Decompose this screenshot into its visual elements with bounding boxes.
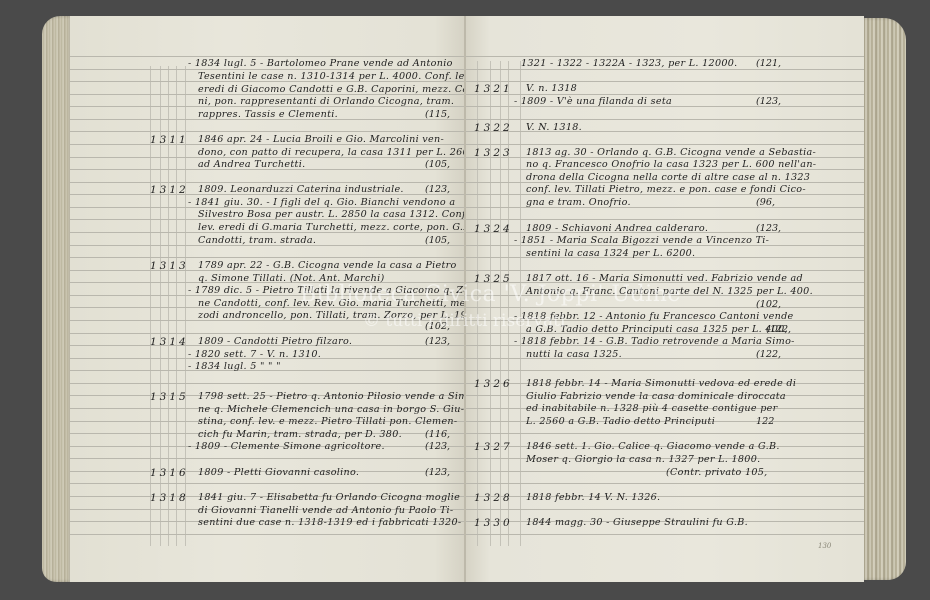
reference-number: (123,: [425, 336, 450, 347]
reference-number: (121,: [756, 58, 781, 69]
reference-number: (123,: [425, 184, 450, 195]
entry-line: dono, con patto di recupera, la casa 131…: [198, 147, 466, 160]
reference-number: (123,: [425, 441, 450, 452]
entry-line: 1841 giu. 7 - Elisabetta fu Orlando Cico…: [198, 492, 460, 505]
house-number: 1323: [474, 147, 513, 159]
entry-line: Antonio q. Franc. Cantoni parte del N. 1…: [526, 286, 813, 299]
entry-line: cich fu Marin, tram. strada, per D. 380.: [198, 429, 402, 442]
entry-line: Tesentini le case n. 1310-1314 per L. 40…: [198, 71, 466, 84]
reference-number: (96,: [756, 197, 775, 208]
entry-line: 1817 ott. 16 - Maria Simonutti ved. Fabr…: [526, 273, 803, 286]
reference-number: (122,: [766, 324, 791, 335]
reference-number: (102,: [425, 321, 450, 332]
entry-line: - 1818 febbr. 12 - Antonio fu Francesco …: [514, 311, 794, 324]
house-number: 1315: [150, 391, 189, 403]
house-number: 1322: [474, 122, 513, 134]
entry-line: 1846 sett. 1. Gio. Calice q. Giacomo ven…: [526, 441, 780, 454]
entry-line: - 1809 - Clemente Simone agricoltore.: [188, 441, 385, 454]
right-page: 1321 - 1322 - 1322A - 1323, per L. 12000…: [466, 16, 864, 582]
reference-number: (122,: [756, 349, 781, 360]
entry-line: stina, conf. lev. e mezz. Pietro Tillati…: [198, 416, 457, 429]
entry-line: a G.B. Tadio detto Principuti casa 1325 …: [526, 324, 788, 337]
entry-line: - 1809 - V'è una filanda di seta: [514, 96, 672, 109]
house-number: 1314: [150, 336, 189, 348]
house-number: 1327: [474, 441, 513, 453]
house-number: 1328: [474, 492, 513, 504]
reference-number: (123,: [425, 467, 450, 478]
entry-line: - 1834 lugl. 5 " " ": [188, 361, 281, 374]
reference-number: (105,: [425, 159, 450, 170]
entry-line: ad Andrea Turchetti.: [198, 159, 305, 172]
reference-number: (116,: [425, 429, 450, 440]
entry-line: 1789 apr. 22 - G.B. Cicogna vende la cas…: [198, 260, 457, 273]
reference-number: (105,: [425, 235, 450, 246]
entry-line: rappres. Tassis e Clementi.: [198, 109, 338, 122]
right-page-edges: [862, 18, 906, 580]
entry-line: no q. Francesco Onofrio la casa 1323 per…: [526, 159, 816, 172]
entry-line: Moser q. Giorgio la casa n. 1327 per L. …: [526, 454, 760, 467]
house-number: 1312: [150, 184, 189, 196]
house-number: 1318: [150, 492, 189, 504]
house-number: 1311: [150, 134, 189, 146]
left-page: - 1834 lugl. 5 - Bartolomeo Prane vende …: [70, 16, 466, 582]
entry-line: - 1789 dic. 5 - Pietro Tillati la rivend…: [188, 285, 466, 298]
entry-line: eredi di Giacomo Candotti e G.B. Caporin…: [198, 84, 466, 97]
entry-line: V. N. 1318.: [526, 122, 582, 135]
entry-line: 1846 apr. 24 - Lucia Broili e Gio. Marco…: [198, 134, 444, 147]
entry-line: L. 2560 a G.B. Tadio detto Principuti: [526, 416, 715, 429]
entry-line: 1844 magg. 30 - Giuseppe Straulini fu G.…: [526, 517, 748, 530]
entry-line: - 1818 febbr. 14 - G.B. Tadio retrovende…: [514, 336, 795, 349]
house-number: 1316: [150, 467, 189, 479]
reference-number: 122: [756, 416, 774, 427]
reference-number: (123,: [756, 223, 781, 234]
entry-line: Giulio Fabrizio vende la casa dominicale…: [526, 391, 786, 404]
entry-line: di Giovanni Tianelli vende ad Antonio fu…: [198, 505, 453, 518]
entry-line: 1818 febbr. 14 - Maria Simonutti vedova …: [526, 378, 796, 391]
entry-line: 1809 - Schiavoni Andrea calderaro.: [526, 223, 708, 236]
entry-line: conf. lev. Tillati Pietro, mezz. e pon. …: [526, 184, 806, 197]
reference-number: (102,: [756, 299, 781, 310]
entry-line: 1809 - Candotti Pietro filzaro.: [198, 336, 352, 349]
page-number: 130: [818, 542, 831, 550]
entry-line: sentini due case n. 1318-1319 ed i fabbr…: [198, 517, 461, 530]
left-page-edges: [42, 16, 72, 582]
entry-line: (Contr. privato 105,: [666, 467, 768, 480]
open-ledger-book: - 1834 lugl. 5 - Bartolomeo Prane vende …: [0, 0, 930, 600]
entry-line: ne q. Michele Clemencich una casa in bor…: [198, 404, 464, 417]
entry-line: - 1841 giu. 30. - I figli del q. Gio. Bi…: [188, 197, 455, 210]
house-number: 1325: [474, 273, 513, 285]
entry-line: ni, pon. rappresentanti di Orlando Cicog…: [198, 96, 454, 109]
entry-line: q. Simone Tillati. (Not. Ant. Marchi): [198, 273, 385, 286]
entry-line: gna e tram. Onofrio.: [526, 197, 631, 210]
entry-line: 1809. Leonarduzzi Caterina industriale.: [198, 184, 404, 197]
reference-number: (123,: [756, 96, 781, 107]
entry-line: ne Candotti, conf. lev. Rev. Gio. maria …: [198, 298, 466, 311]
entry-line: lev. eredi di G.maria Turchetti, mezz. c…: [198, 222, 466, 235]
house-number: 1330: [474, 517, 513, 529]
house-number: 1326: [474, 378, 513, 390]
entry-line: - 1834 lugl. 5 - Bartolomeo Prane vende …: [188, 58, 453, 71]
entry-line: nutti la casa 1325.: [526, 349, 622, 362]
entry-line: drona della Cicogna nella corte di altre…: [526, 172, 810, 185]
entry-line: 1798 sett. 25 - Pietro q. Antonio Pilosi…: [198, 391, 466, 404]
entry-line: sentini la casa 1324 per L. 6200.: [526, 248, 695, 261]
column-rule: [520, 61, 521, 546]
reference-number: (115,: [425, 109, 450, 120]
entry-line: - 1851 - Maria Scala Bigozzi vende a Vin…: [514, 235, 769, 248]
entry-line: Candotti, tram. strada.: [198, 235, 316, 248]
entry-line: 1818 febbr. 14 V. N. 1326.: [526, 492, 660, 505]
entry-line: - 1820 sett. 7 - V. n. 1310.: [188, 349, 321, 362]
house-number: 1321: [474, 83, 513, 95]
entry-line: 1809 - Pletti Giovanni casolino.: [198, 467, 359, 480]
entry-line: ed inabitabile n. 1328 più 4 casette con…: [526, 403, 778, 416]
entry-line: V. n. 1318: [526, 83, 577, 96]
entry-line: 1813 ag. 30 - Orlando q. G.B. Cicogna ve…: [526, 147, 816, 160]
entry-line: Silvestro Bosa per austr. L. 2850 la cas…: [198, 209, 466, 222]
entry-line: 1321 - 1322 - 1322A - 1323, per L. 12000…: [521, 58, 738, 71]
house-number: 1324: [474, 223, 513, 235]
house-number: 1313: [150, 260, 189, 272]
